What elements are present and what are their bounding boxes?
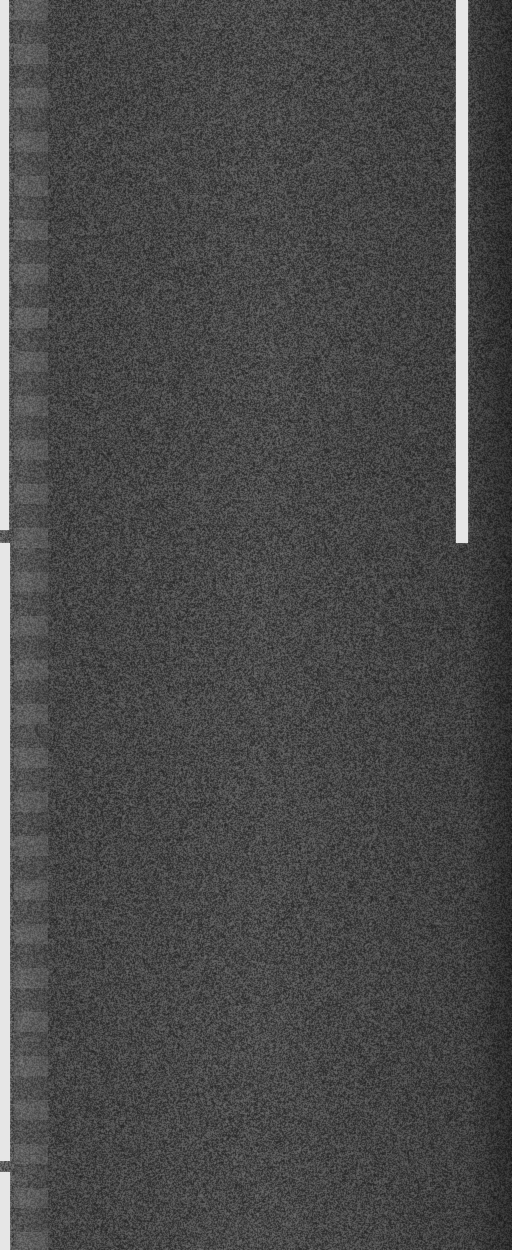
left-edge-line-lower bbox=[0, 1172, 10, 1250]
left-edge-line-middle bbox=[0, 543, 10, 1161]
road-shoulder-strip bbox=[14, 0, 48, 1250]
left-edge-line-upper bbox=[0, 0, 9, 530]
asphalt-texture bbox=[0, 0, 512, 1250]
right-dashed-line-segment bbox=[456, 0, 468, 543]
road-photo bbox=[0, 0, 512, 1250]
